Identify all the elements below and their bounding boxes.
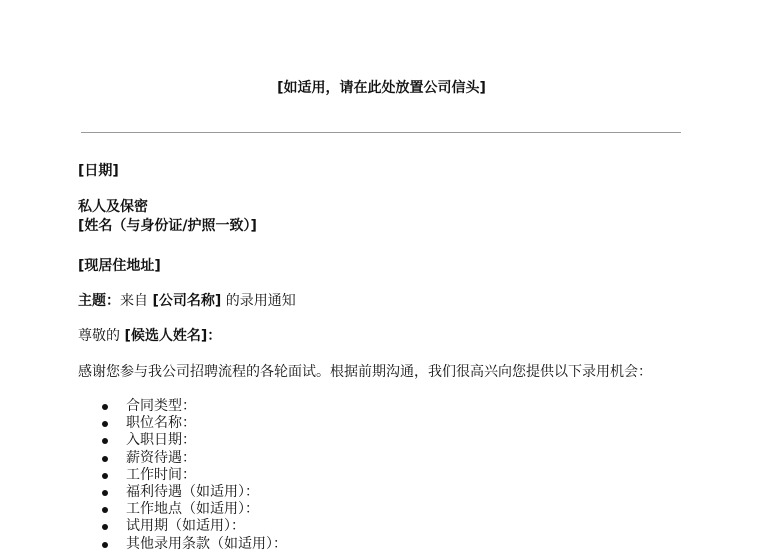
bullet-icon <box>102 524 108 530</box>
bullet-icon <box>102 507 108 513</box>
bullet-icon <box>102 542 108 548</box>
list-item: 合同类型： <box>78 398 287 415</box>
list-item: 入职日期： <box>78 432 287 449</box>
confidential-label: 私人及保密 <box>78 198 148 216</box>
intro-paragraph: 感谢您参与我公司招聘流程的各轮面试。根据前期沟通，我们很高兴向您提供以下录用机会… <box>78 363 652 381</box>
list-item: 工作时间： <box>78 467 287 484</box>
bullet-icon <box>102 456 108 462</box>
date-placeholder: [日期] <box>78 162 119 180</box>
offer-item-label: 薪资待遇： <box>126 450 196 466</box>
letterhead-placeholder: [如适用，请在此处放置公司信头] <box>0 78 763 98</box>
bullet-icon <box>102 490 108 496</box>
offer-item-label: 入职日期： <box>126 432 196 448</box>
bullet-icon <box>102 473 108 479</box>
offer-item-label: 福利待遇（如适用）： <box>126 484 259 500</box>
salutation: 尊敬的 [候选人姓名]： <box>78 327 221 345</box>
offer-item-label: 其他录用条款（如适用）： <box>126 536 287 552</box>
offer-item-label: 合同类型： <box>126 398 196 414</box>
bullet-icon <box>102 438 108 444</box>
subject-line: 主题：来自 [公司名称] 的录用通知 <box>78 292 296 310</box>
salutation-suffix: ： <box>207 328 221 344</box>
salutation-prefix: 尊敬的 <box>78 328 124 344</box>
bullet-icon <box>102 404 108 410</box>
candidate-name-placeholder: [候选人姓名] <box>124 328 207 344</box>
offer-terms-list: 合同类型： 职位名称： 入职日期： 薪资待遇： 工作时间： 福利待遇（如适用）：… <box>78 398 287 553</box>
list-item: 福利待遇（如适用）： <box>78 484 287 501</box>
document-page: [如适用，请在此处放置公司信头] [日期] 私人及保密 [姓名（与身份证/护照一… <box>0 0 768 556</box>
list-item: 薪资待遇： <box>78 450 287 467</box>
recipient-name-placeholder: [姓名（与身份证/护照一致）] <box>78 217 257 235</box>
address-placeholder: [现居住地址] <box>78 257 161 275</box>
offer-item-label: 职位名称： <box>126 415 196 431</box>
list-item: 其他录用条款（如适用）： <box>78 536 287 553</box>
list-item: 试用期（如适用）： <box>78 518 287 535</box>
list-item: 职位名称： <box>78 415 287 432</box>
offer-item-label: 工作地点（如适用）： <box>126 501 259 517</box>
subject-prefix: 来自 <box>120 293 152 309</box>
offer-item-label: 试用期（如适用）： <box>126 518 245 534</box>
header-divider <box>81 132 681 133</box>
subject-label: 主题： <box>78 293 120 309</box>
list-item: 工作地点（如适用）： <box>78 501 287 518</box>
offer-item-label: 工作时间： <box>126 467 196 483</box>
bullet-icon <box>102 421 108 427</box>
company-name-placeholder: [公司名称] <box>152 293 221 309</box>
subject-suffix: 的录用通知 <box>221 293 295 309</box>
